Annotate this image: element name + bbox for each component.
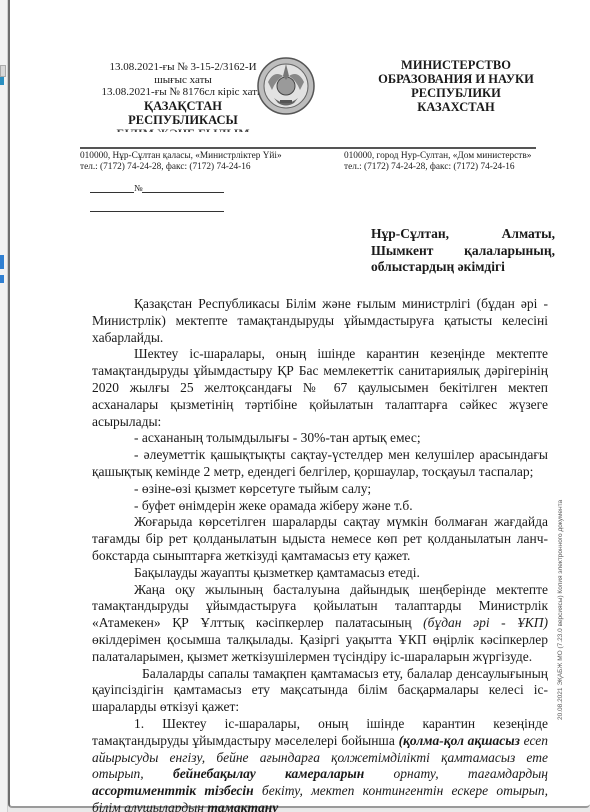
address-ru-line: 010000, город Нур-Султан, «Дом министерс… (344, 151, 531, 162)
paragraph-text: өкілдерімен қосымша талқылады. Қазіргі у… (92, 632, 548, 664)
ref-number-blank (142, 192, 224, 193)
numbered-item: 1. Шектеу іс-шаралары, оның ішінде каран… (92, 716, 548, 812)
addressee-city: Нұр-Сұлтан, (371, 226, 449, 243)
address-kz: 010000, Нұр-Сұлтан қаласы, «Министрлікте… (80, 151, 282, 173)
stamp-text: 20.08.2021 ЭҚАБЖ МО (7.23.0 версиясы) Ко… (557, 500, 564, 720)
document-page: 13.08.2021-ғы № 3-15-2/3162-И шығыс хаты… (8, 0, 590, 808)
viewer-side-tab[interactable] (0, 255, 4, 269)
electronic-copy-stamp: 20.08.2021 ЭҚАБЖ МО (7.23.0 версиясы) Ко… (557, 470, 571, 720)
bullet-item: - буфет өнімдерін жеке орамада жіберу жә… (92, 498, 548, 515)
paragraph: Балаларды сапалы тамақпен қамтамасыз ету… (92, 666, 548, 716)
state-emblem-icon (256, 56, 316, 116)
viewer-side-tab[interactable] (0, 275, 4, 283)
org-name-ru-line2: ОБРАЗОВАНИЯ И НАУКИ (356, 72, 556, 86)
address-kz-line: 010000, Нұр-Сұлтан қаласы, «Министрлікте… (80, 151, 282, 162)
viewer-left-panel (0, 0, 8, 812)
org-name-kz-line3: БІЛІМ ЖӘНЕ ҒЫЛЫМ (58, 127, 308, 132)
bullet-item: - әлеуметтік қашықтықты сақтау-үстелдер … (92, 447, 548, 481)
org-name-ru-line3: РЕСПУБЛИКИ (356, 86, 556, 100)
viewer-side-tab[interactable] (0, 77, 4, 85)
addressee-regions: облыстардың әкімдігі (371, 259, 555, 276)
addressee-cities-suffix: қалаларының, (464, 243, 555, 260)
paragraph: Қазақстан Республикасы Білім және ғылым … (92, 296, 548, 346)
bullet-item: - асхананың толымдылығы - 30%-тан артық … (92, 430, 548, 447)
item-emphasis: тамақтану (207, 800, 278, 812)
letterhead-divider (80, 147, 536, 149)
item-emphasis: ассортименттік тізбесін (92, 783, 254, 798)
addressee-city: Шымкент (371, 243, 433, 260)
abbreviation-note: (бұдан әрі - ҰКП) (423, 615, 548, 630)
org-name-ru-line1: МИНИСТЕРСТВО (356, 58, 556, 72)
addressee-city: Алматы, (502, 226, 555, 243)
paragraph: Шектеу іс-шаралары, оның ішінде карантин… (92, 346, 548, 430)
phone-kz-line: тел.: (7172) 74-24-28, факс: (7172) 74-2… (80, 162, 282, 173)
item-emphasis: (қолма-қол ақшасыз (399, 733, 520, 748)
paragraph: Бақылауды жауапты қызметкер қамтамасыз е… (92, 565, 548, 582)
phone-ru-line: тел.: (7172) 74-24-28, факс: (7172) 74-2… (344, 162, 531, 173)
ref-extra-blank (90, 211, 224, 212)
item-emphasis: бейнебақылау камераларын (173, 766, 364, 781)
item-italic: орнату, тағамдардың (364, 766, 548, 781)
viewer-side-tab[interactable] (0, 65, 6, 77)
bullet-item: - өзіне-өзі қызмет көрсетуге тыйым салу; (92, 481, 548, 498)
letter-body: Қазақстан Республикасы Білім және ғылым … (92, 296, 548, 812)
paragraph: Жаңа оқу жылының басталуына дайындық шең… (92, 582, 548, 666)
address-ru: 010000, город Нур-Султан, «Дом министерс… (344, 151, 531, 173)
paragraph: Жоғарыда көрсетілген шараларды сақтау мү… (92, 514, 548, 564)
ref-date-blank (90, 192, 134, 193)
org-name-ru-line4: КАЗАХСТАН (356, 100, 556, 114)
letterhead-right: МИНИСТЕРСТВО ОБРАЗОВАНИЯ И НАУКИ РЕСПУБЛ… (356, 58, 556, 114)
addressee-block: Нұр-Сұлтан, Алматы, Шымкент қалаларының,… (371, 226, 555, 276)
